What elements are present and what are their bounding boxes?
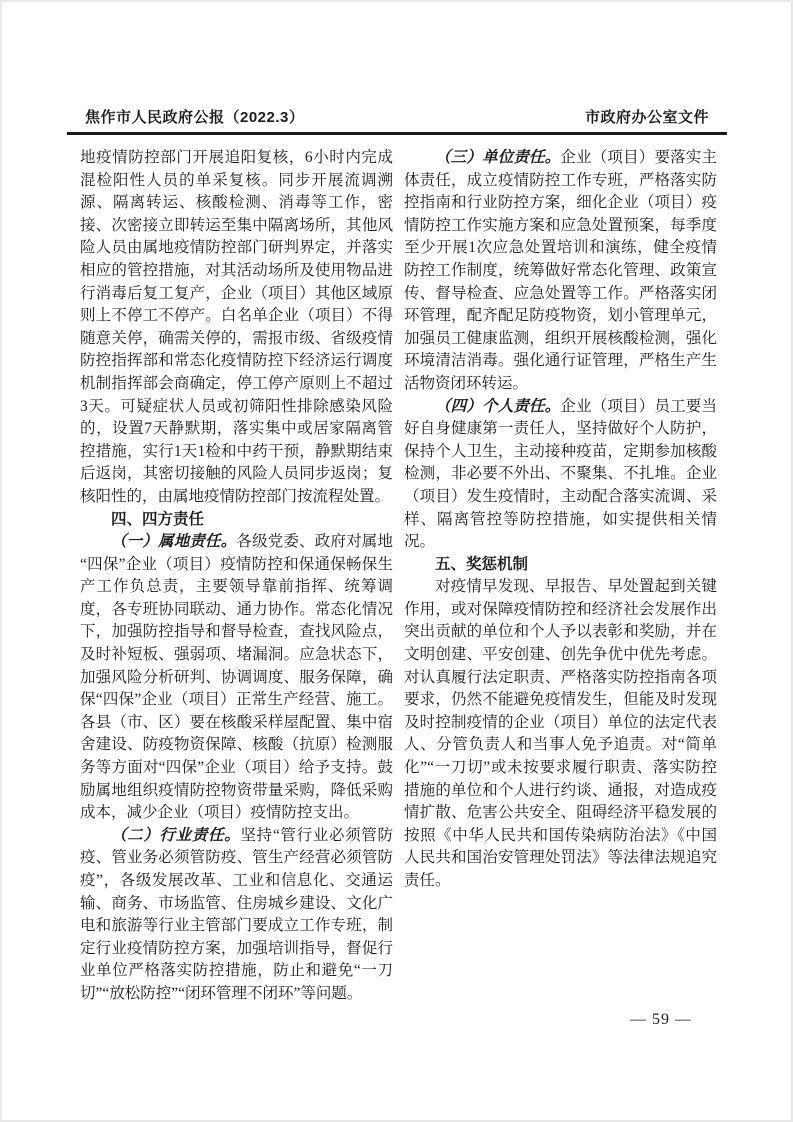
left-column: 地疫情防控部门开展追阳复核，6小时内完成混检阳性人员的单采复核。同步开展流调溯源… — [80, 147, 393, 1006]
header-rule — [67, 132, 727, 135]
gazette-page: 焦作市人民政府公报（2022.3） 市政府办公室文件 地疫情防控部门开展追阳复核… — [0, 0, 793, 1122]
running-head-gazette-title: 焦作市人民政府公报（2022.3） — [85, 106, 304, 127]
paragraph-item: （三）单位责任。企业（项目）要落实主体责任，成立疫情防控工作专班，严格落实防控指… — [404, 147, 717, 396]
page-number: — 59 — — [630, 1011, 692, 1029]
item-lead: （一）属地责任。 — [111, 533, 236, 550]
paragraph-item: （四）个人责任。企业（项目）员工要当好自身健康第一责任人，坚持做好个人防护，保持… — [404, 396, 717, 554]
paragraph-text: 对疫情早发现、早报告、早处置起到关键作用，或对保障疫情防控和经济社会发展作出突出… — [404, 578, 717, 889]
item-lead: （四）个人责任。 — [435, 398, 560, 415]
paragraph-text: 企业（项目）员工要当好自身健康第一责任人，坚持做好个人防护，保持个人卫生，主动接… — [404, 398, 717, 551]
paragraph-item: （二）行业责任。坚持“管行业必须管防疫、管业务必须管防疫、管生产经营必须管防疫”… — [80, 825, 393, 1006]
paragraph-body: 对疫情早发现、早报告、早处置起到关键作用，或对保障疫情防控和经济社会发展作出突出… — [404, 576, 717, 892]
paragraph-text: 企业（项目）要落实主体责任，成立疫情防控工作专班，严格落实防控指南和行业防控方案… — [404, 149, 717, 392]
paragraph-text: 坚持“管行业必须管防疫、管业务必须管防疫、管生产经营必须管防疫”，各级发展改革、… — [80, 827, 393, 1002]
paragraph-item: （一）属地责任。各级党委、政府对属地“四保”企业（项目）疫情防控和保通保畅保生产… — [80, 531, 393, 825]
item-lead: （二）行业责任。 — [111, 827, 240, 844]
paragraph-text: 各级党委、政府对属地“四保”企业（项目）疫情防控和保通保畅保生产工作负总责，主要… — [80, 533, 393, 821]
paragraph-continuation: 地疫情防控部门开展追阳复核，6小时内完成混检阳性人员的单采复核。同步开展流调溯源… — [80, 147, 393, 509]
item-lead: （三）单位责任。 — [435, 149, 560, 166]
section-heading-four: 四、四方责任 — [80, 509, 393, 532]
paragraph-text: 地疫情防控部门开展追阳复核，6小时内完成混检阳性人员的单采复核。同步开展流调溯源… — [80, 149, 393, 505]
running-head-section-title: 市政府办公室文件 — [585, 106, 709, 127]
right-column: （三）单位责任。企业（项目）要落实主体责任，成立疫情防控工作专班，严格落实防控指… — [404, 147, 717, 893]
section-heading-five: 五、奖惩机制 — [404, 554, 717, 577]
